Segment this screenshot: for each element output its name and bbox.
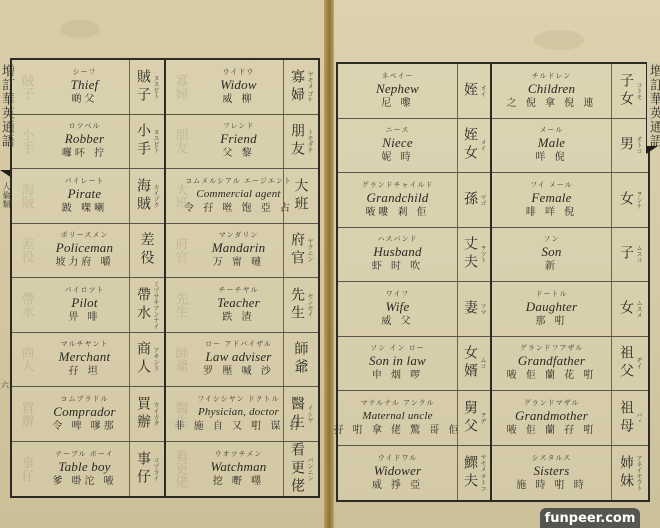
english-word: Physician, doctor [198, 404, 279, 420]
english-word: Daughter [526, 299, 577, 315]
kanji-term: 姪女 [462, 127, 478, 163]
furigana-gloss: ヤクニン [306, 238, 313, 262]
kanji-cell: 賊子 ヌスビト [130, 60, 164, 114]
kanji-cell: 商人 アキンド [130, 333, 164, 387]
furigana-gloss: ムスコ [635, 245, 642, 263]
vocab-entry-row: 看更佬 ウオツチメン Watchman 挖 嘢 嚜 看更佬 バンニン [166, 442, 318, 497]
chinese-transliteration: 那 咑 [535, 315, 567, 328]
bleed-through-text: 海賊 [12, 169, 40, 223]
english-word: Friend [220, 131, 257, 147]
english-entry-cell: マルチヤント Merchant 孖 坦 [40, 333, 130, 387]
kanji-cell: 丈夫 ヲツト [458, 228, 490, 282]
kanji-cell: 祖父 ヂイ [612, 337, 648, 391]
vocab-entry-row: 男 メール Male 咩 倪 男 オトコ [492, 119, 648, 174]
kanji-cell: 男 オトコ [612, 119, 648, 173]
english-entry-cell: シーフ Thief 啲父 [40, 60, 130, 114]
kanji-term: 師爺 [293, 341, 309, 377]
katakana-pronunciation: ワイフ [386, 290, 410, 299]
furigana-gloss: ヲヂ [479, 412, 486, 424]
english-word: Husband [373, 244, 421, 260]
kanji-term: 看更佬 [289, 442, 305, 496]
katakana-pronunciation: シスタルス [532, 454, 572, 463]
english-word: Table boy [58, 459, 110, 475]
kanji-term: 寡婦 [289, 69, 305, 105]
katakana-pronunciation: グランドチャイルド [362, 181, 434, 190]
vocab-entry-row: 女 ドートル Daughter 那 咑 女 ムスメ [492, 282, 648, 337]
katakana-pronunciation: ドートル [536, 290, 568, 299]
vocab-entry-row: 孫 グランドチャイルド Grandchild 㖡嘍 剎 佢 孫 マゴ [338, 173, 490, 228]
chinese-transliteration: 㖡 佢 蘭 花 咑 [507, 369, 597, 382]
english-word: Mandarin [212, 240, 266, 256]
english-word: Comprador [53, 404, 115, 420]
kanji-term: 賊子 [135, 69, 151, 105]
katakana-pronunciation: ソン イン ロー [370, 344, 424, 353]
vocab-entry-row: 賊子 シーフ Thief 啲父 賊子 ヌスビト [12, 60, 164, 115]
furigana-gloss: バヾ [635, 412, 642, 424]
kanji-cell: 海賊 カイゾク [130, 169, 164, 223]
english-entry-cell: グランドチャイルド Grandchild 㖡嘍 剎 佢 [338, 173, 458, 227]
kanji-term: 朋友 [289, 123, 305, 159]
kanji-term: 女 [618, 300, 634, 318]
kanji-term: 子 [618, 245, 634, 263]
chinese-transliteration: 㖡 佢 蘭 孖 咑 [507, 424, 597, 437]
kanji-term: 姉妹 [618, 455, 634, 491]
kanji-cell: 姪 オイ [458, 64, 490, 118]
bleed-through-text: 朋友 [166, 115, 194, 169]
katakana-pronunciation: パイレート [65, 177, 105, 186]
kanji-cell: 姉妹 アネイモウト [612, 446, 648, 501]
vocab-entry-row: 朋友 フレンド Friend 父 黎 朋友 トモダチ [166, 115, 318, 170]
english-entry-cell: グランドフアザル Grandfather 㖡 佢 蘭 花 咑 [492, 337, 612, 391]
furigana-gloss: オトコ [635, 136, 642, 154]
vocab-entry-row: 姉妹 シスタルス Sisters 施 時 咑 時 姉妹 アネイモウト [492, 446, 648, 501]
bleed-through-text: 寡婦 [166, 60, 194, 114]
furigana-gloss: メイ [479, 139, 486, 151]
english-entry-cell: ソン イン ロー Son in law 申 烟 啰 [338, 337, 458, 391]
english-word: Merchant [59, 349, 111, 365]
chinese-transliteration: 威 柳 [222, 93, 254, 106]
kanji-term: 舅父 [462, 400, 478, 436]
vocab-entry-row: 姪女 ニース Niece 妮 時 姪女 メイ [338, 119, 490, 174]
furigana-gloss: ウイカタ [152, 402, 159, 426]
margin-title-right: 増訂華英通語 [646, 62, 660, 150]
vocab-entry-row: 師爺 ロー アドバイザル Law adviser 罗 壓 喊 沙 師爺 [166, 333, 318, 388]
english-entry-cell: シスタルス Sisters 施 時 咑 時 [492, 446, 612, 501]
chinese-transliteration: 申 烟 啰 [372, 369, 423, 382]
kanji-cell: 祖母 バヾ [612, 391, 648, 445]
katakana-pronunciation: シーフ [73, 68, 97, 77]
vocab-entry-row: 醫生 フイシシヤン ドクトル Physician, doctor 非 施 自 又… [166, 387, 318, 442]
kanji-term: 帶水 [135, 287, 151, 323]
katakana-pronunciation: マルチヤント [61, 340, 109, 349]
vocab-entry-row: 子 ソン Son 新 子 ムスコ [492, 228, 648, 283]
furigana-gloss: ヲンナ [635, 191, 642, 209]
bleed-through-text: 賊子 [12, 60, 40, 114]
chinese-transliteration: 跌 渣 [222, 311, 254, 324]
kanji-cell: 妻 ツマ [458, 282, 490, 336]
chinese-transliteration: 跛 㗎喇 [62, 202, 107, 215]
furigana-gloss: ヌスビト [152, 129, 159, 153]
furigana-gloss: ヌスビト [152, 75, 159, 99]
vocabulary-table-right: 姪 ネペイー Nephew 尼 嚟 姪 オイ 姪女 ニース Niece 妮 時 … [336, 62, 650, 502]
english-word: Commercial agent [196, 186, 280, 202]
katakana-pronunciation: ニース [386, 126, 410, 135]
kanji-cell: 大班 [284, 169, 318, 223]
kanji-term: 子女 [618, 73, 634, 109]
chinese-transliteration: 令 孖 咝 饱 亞 占 [184, 202, 293, 215]
kanji-term: 差役 [139, 232, 155, 268]
katakana-pronunciation: グランドマザル [524, 399, 580, 408]
english-entry-cell: ウオツチメン Watchman 挖 嘢 嚜 [194, 442, 284, 497]
katakana-pronunciation: チーチヤル [219, 286, 259, 295]
kanji-term: 妻 [462, 300, 478, 318]
chinese-transliteration: 新 [545, 260, 558, 273]
chinese-transliteration: 啡 咩 倪 [526, 206, 577, 219]
kanji-cell: 女 ムスメ [612, 282, 648, 336]
english-entry-cell: ウイドウ Widow 威 柳 [194, 60, 284, 114]
english-word: Nephew [376, 81, 419, 97]
chinese-transliteration: 妮 時 [381, 151, 413, 164]
english-entry-cell: コムメルシアル エージエント Commercial agent 令 孖 咝 饱 … [194, 169, 284, 223]
vocab-entry-row: 小手 ロツベル Robber 囉吥 拧 小手 ヌスビト [12, 115, 164, 170]
furigana-gloss: オイ [479, 85, 486, 97]
vocab-entry-row: 事仔 テーブル ボーイ Table boy 爹 啩沱 㖡 事仔 コヅカイ [12, 442, 164, 497]
furigana-gloss: バンニン [306, 457, 313, 481]
katakana-pronunciation: ウイドワル [378, 454, 418, 463]
paper-stain [60, 20, 100, 38]
furigana-gloss: トモダチ [306, 129, 313, 153]
kanji-cell: 子女 コドモ [612, 64, 648, 118]
vocab-entry-row: 祖父 グランドフアザル Grandfather 㖡 佢 蘭 花 咑 祖父 ヂイ [492, 337, 648, 392]
english-entry-cell: フレンド Friend 父 黎 [194, 115, 284, 169]
chinese-transliteration: 囉吥 拧 [62, 147, 107, 160]
kanji-cell: 府官 ヤクニン [284, 224, 318, 278]
vocab-entry-row: 女 フイ メール Female 啡 咩 倪 女 ヲンナ [492, 173, 648, 228]
bleed-through-text: 帶水 [12, 278, 40, 332]
chinese-transliteration: 万 甯 嗹 [213, 256, 264, 269]
katakana-pronunciation: グランドフアザル [520, 344, 583, 353]
chinese-transliteration: 挖 嘢 嚜 [213, 475, 264, 488]
english-word: Niece [382, 135, 413, 151]
kanji-term: 孫 [462, 191, 478, 209]
katakana-pronunciation: テーブル ボーイ [55, 450, 114, 459]
english-word: Son [541, 244, 561, 260]
english-entry-cell: フイ メール Female 啡 咩 倪 [492, 173, 612, 227]
furigana-gloss: ヲツト [479, 245, 486, 263]
kanji-term: 男 [618, 136, 634, 154]
kanji-term: 商人 [135, 341, 151, 377]
vocab-column: 姪 ネペイー Nephew 尼 嚟 姪 オイ 姪女 ニース Niece 妮 時 … [338, 64, 490, 500]
bleed-through-text: 府官 [166, 224, 194, 278]
english-entry-cell: ウイドワル Widower 威 掙 亞 [338, 446, 458, 501]
bleed-through-text: 師爺 [166, 333, 194, 387]
english-entry-cell: マテルナル アンクル Maternal uncle 孖 咑 拿 佬 驚 哥 佢 [338, 391, 458, 445]
kanji-cell: 小手 ヌスビト [130, 115, 164, 169]
english-word: Policeman [56, 240, 113, 256]
katakana-pronunciation: フイシシヤン ドクトル [197, 395, 279, 404]
chinese-transliteration: 坡力府 嚼 [55, 256, 113, 269]
vocab-entry-row: 祖母 グランドマザル Grandmother 㖡 佢 蘭 孖 咑 祖母 バヾ [492, 391, 648, 446]
english-entry-cell: ネペイー Nephew 尼 嚟 [338, 64, 458, 118]
vocab-entry-row: 府官 マンダリン Mandarin 万 甯 嗹 府官 ヤクニン [166, 224, 318, 279]
english-word: Male [538, 135, 566, 151]
vocab-entry-row: 女婿 ソン イン ロー Son in law 申 烟 啰 女婿 ムコ [338, 337, 490, 392]
kanji-term: 醫生 [289, 396, 305, 432]
furigana-gloss: ヤモメ ヲトコ [479, 454, 486, 492]
english-word: Son in law [369, 353, 426, 369]
english-entry-cell: メール Male 咩 倪 [492, 119, 612, 173]
english-word: Teacher [217, 295, 260, 311]
english-entry-cell: パイレート Pirate 跛 㗎喇 [40, 169, 130, 223]
margin-tab-marker [646, 146, 658, 154]
kanji-cell: 女婿 ムコ [458, 337, 490, 391]
english-entry-cell: テーブル ボーイ Table boy 爹 啩沱 㖡 [40, 442, 130, 497]
right-page: 姪 ネペイー Nephew 尼 嚟 姪 オイ 姪女 ニース Niece 妮 時 … [334, 0, 660, 528]
kanji-term: 海賊 [135, 178, 151, 214]
katakana-pronunciation: ロツベル [69, 122, 101, 131]
chinese-transliteration: 威 掙 亞 [372, 479, 423, 492]
bleed-through-text: 買辦 [12, 387, 40, 441]
katakana-pronunciation: コムメルシアル エージエント [185, 177, 292, 186]
kanji-cell: 先生 センセイ [284, 278, 318, 332]
english-entry-cell: ニース Niece 妮 時 [338, 119, 458, 173]
chinese-transliteration: 孖 咑 拿 佬 驚 哥 佢 [333, 424, 461, 437]
furigana-gloss: ムコ [479, 357, 486, 369]
katakana-pronunciation: パイロツト [65, 286, 105, 295]
chinese-transliteration: 畀 啡 [68, 311, 100, 324]
vocab-column: 賊子 シーフ Thief 啲父 賊子 ヌスビト 小手 ロツベル Robber 囉… [12, 60, 164, 496]
english-word: Pilot [71, 295, 97, 311]
english-word: Robber [65, 131, 104, 147]
left-page: 増訂華英通語 人倫類 六 賊子 シーフ Thief 啲父 賊子 ヌスビト 小手 … [0, 0, 326, 528]
english-entry-cell: グランドマザル Grandmother 㖡 佢 蘭 孖 咑 [492, 391, 612, 445]
english-word: Watchman [210, 459, 266, 475]
kanji-term: 女 [618, 191, 634, 209]
katakana-pronunciation: マンダリン [219, 231, 259, 240]
chinese-transliteration: 尼 嚟 [381, 97, 413, 110]
vocab-entry-row: 妻 ワイフ Wife 威 父 妻 ツマ [338, 282, 490, 337]
kanji-cell: 朋友 トモダチ [284, 115, 318, 169]
katakana-pronunciation: フイ メール [530, 181, 572, 190]
katakana-pronunciation: メール [540, 126, 564, 135]
chinese-transliteration: 之 倪 拿 倪 連 [507, 97, 597, 110]
furigana-gloss: ヤモメ ゴケ [306, 71, 313, 103]
vocab-entry-row: 海賊 パイレート Pirate 跛 㗎喇 海賊 カイゾク [12, 169, 164, 224]
english-entry-cell: チルドレン Children 之 倪 拿 倪 連 [492, 64, 612, 118]
vocab-entry-row: 丈夫 ハスバンド Husband 虾 时 吹 丈夫 ヲツト [338, 228, 490, 283]
kanji-cell: 帶水 ミヅサキアンナイ [130, 278, 164, 332]
kanji-cell: 差役 [130, 224, 164, 278]
chinese-transliteration: 咩 倪 [535, 151, 567, 164]
katakana-pronunciation: マテルナル アンクル [361, 399, 435, 408]
furigana-gloss: カイゾク [152, 184, 159, 208]
furigana-gloss: マゴ [479, 194, 486, 206]
bleed-through-text: 先生 [166, 278, 194, 332]
kanji-term: 祖母 [618, 400, 634, 436]
vocab-entry-row: 帶水 パイロツト Pilot 畀 啡 帶水 ミヅサキアンナイ [12, 278, 164, 333]
kanji-cell: 寡婦 ヤモメ ゴケ [284, 60, 318, 114]
english-entry-cell: ワイフ Wife 威 父 [338, 282, 458, 336]
english-word: Law adviser [205, 349, 271, 365]
chinese-transliteration: 爹 啩沱 㖡 [52, 475, 116, 488]
kanji-term: 先生 [289, 287, 305, 323]
english-word: Grandmother [515, 408, 588, 424]
english-entry-cell: マンダリン Mandarin 万 甯 嗹 [194, 224, 284, 278]
katakana-pronunciation: ロー アドバイザル [205, 340, 272, 349]
kanji-cell: 舅父 ヲヂ [458, 391, 490, 445]
vocab-entry-row: 子女 チルドレン Children 之 倪 拿 倪 連 子女 コドモ [492, 64, 648, 119]
bleed-through-text: 看更佬 [166, 442, 194, 497]
chinese-transliteration: 虾 时 吹 [372, 260, 423, 273]
english-word: Grandchild [367, 190, 429, 206]
kanji-cell: 醫生 イシヤ [284, 387, 318, 441]
furigana-gloss: コヅカイ [152, 457, 159, 481]
chinese-transliteration: 啲父 [72, 93, 98, 106]
katakana-pronunciation: ソン [544, 235, 560, 244]
vocab-entry-row: 寡婦 ウイドウ Widow 威 柳 寡婦 ヤモメ ゴケ [166, 60, 318, 115]
chinese-transliteration: 父 黎 [222, 147, 254, 160]
english-word: Children [528, 81, 575, 97]
bleed-through-text: 小手 [12, 115, 40, 169]
chinese-transliteration: 令 啤 嗲那 [52, 420, 116, 433]
english-entry-cell: ソン Son 新 [492, 228, 612, 282]
katakana-pronunciation: チルドレン [532, 72, 571, 81]
english-word: Widower [374, 463, 422, 479]
katakana-pronunciation: ウイドウ [223, 68, 255, 77]
kanji-cell: 女 ヲンナ [612, 173, 648, 227]
furigana-gloss: アネイモウト [635, 455, 642, 491]
english-entry-cell: ドートル Daughter 那 咑 [492, 282, 612, 336]
katakana-pronunciation: コムプラドル [61, 395, 109, 404]
english-word: Maternal uncle [362, 408, 432, 424]
watermark: funpeer.com [540, 508, 640, 528]
paper-stain [534, 30, 584, 50]
kanji-cell: 孫 マゴ [458, 173, 490, 227]
kanji-term: 府官 [289, 232, 305, 268]
furigana-gloss: ヂイ [635, 357, 642, 369]
katakana-pronunciation: ネペイー [382, 72, 414, 81]
kanji-term: 事仔 [135, 451, 151, 487]
kanji-cell: 師爺 [284, 333, 318, 387]
kanji-term: 鰥夫 [462, 455, 478, 491]
english-entry-cell: パイロツト Pilot 畀 啡 [40, 278, 130, 332]
vocab-entry-row: 舅父 マテルナル アンクル Maternal uncle 孖 咑 拿 佬 驚 哥… [338, 391, 490, 446]
english-entry-cell: ポリースメン Policeman 坡力府 嚼 [40, 224, 130, 278]
katakana-pronunciation: フレンド [223, 122, 255, 131]
vocab-column: 子女 チルドレン Children 之 倪 拿 倪 連 子女 コドモ 男 メール… [492, 64, 648, 500]
english-entry-cell: フイシシヤン ドクトル Physician, doctor 非 施 自 又 咑 … [194, 387, 284, 441]
chinese-transliteration: 罗 壓 喊 沙 [203, 365, 274, 378]
english-word: Wife [386, 299, 410, 315]
vocabulary-table-left: 賊子 シーフ Thief 啲父 賊子 ヌスビト 小手 ロツベル Robber 囉… [10, 58, 320, 498]
folio-number: 六 [1, 380, 9, 391]
chinese-transliteration: 威 父 [381, 315, 413, 328]
kanji-cell: 姪女 メイ [458, 119, 490, 173]
english-entry-cell: コムプラドル Comprador 令 啤 嗲那 [40, 387, 130, 441]
vocab-entry-row: 買辦 コムプラドル Comprador 令 啤 嗲那 買辦 ウイカタ [12, 387, 164, 442]
english-word: Sisters [533, 463, 569, 479]
kanji-term: 姪 [462, 82, 478, 100]
vocab-entry-row: 大班 コムメルシアル エージエント Commercial agent 令 孖 咝… [166, 169, 318, 224]
vocab-entry-row: 先生 チーチヤル Teacher 跌 渣 先生 センセイ [166, 278, 318, 333]
kanji-term: 小手 [135, 123, 151, 159]
english-word: Female [531, 190, 571, 206]
english-entry-cell: ハスバンド Husband 虾 时 吹 [338, 228, 458, 282]
furigana-gloss: ミヅサキアンナイ [152, 281, 159, 329]
vocab-entry-row: 姪 ネペイー Nephew 尼 嚟 姪 オイ [338, 64, 490, 119]
kanji-cell: 子 ムスコ [612, 228, 648, 282]
english-word: Thief [71, 77, 99, 93]
furigana-gloss: ツマ [479, 303, 486, 315]
katakana-pronunciation: ウオツチメン [215, 450, 263, 459]
furigana-gloss: コドモ [635, 82, 642, 100]
kanji-term: 大班 [293, 178, 309, 214]
english-entry-cell: ロツベル Robber 囉吥 拧 [40, 115, 130, 169]
kanji-term: 女婿 [462, 345, 478, 381]
chinese-transliteration: 㖡嘍 剎 佢 [365, 206, 429, 219]
vocab-column: 寡婦 ウイドウ Widow 威 柳 寡婦 ヤモメ ゴケ 朋友 フレンド Frie… [166, 60, 318, 496]
english-word: Widow [220, 77, 256, 93]
katakana-pronunciation: ポリースメン [61, 231, 109, 240]
chinese-transliteration: 孖 坦 [68, 365, 100, 378]
bleed-through-text: 商人 [12, 333, 40, 387]
furigana-gloss: アキンド [152, 347, 159, 371]
furigana-gloss: イシヤ [306, 405, 313, 423]
english-entry-cell: ロー アドバイザル Law adviser 罗 壓 喊 沙 [194, 333, 284, 387]
kanji-cell: 買辦 ウイカタ [130, 387, 164, 441]
kanji-term: 祖父 [618, 345, 634, 381]
furigana-gloss: ムスメ [635, 300, 642, 318]
chinese-transliteration: 施 時 咑 時 [516, 479, 587, 492]
katakana-pronunciation: ハスバンド [378, 235, 418, 244]
vocab-entry-row: 鰥夫 ウイドワル Widower 威 掙 亞 鰥夫 ヤモメ ヲトコ [338, 446, 490, 501]
kanji-term: 丈夫 [462, 236, 478, 272]
vocab-entry-row: 差役 ポリースメン Policeman 坡力府 嚼 差役 [12, 224, 164, 279]
english-word: Grandfather [518, 353, 585, 369]
kanji-cell: 看更佬 バンニン [284, 442, 318, 497]
bleed-through-text: 事仔 [12, 442, 40, 497]
kanji-cell: 鰥夫 ヤモメ ヲトコ [458, 446, 490, 501]
kanji-term: 買辦 [135, 396, 151, 432]
vocab-entry-row: 商人 マルチヤント Merchant 孖 坦 商人 アキンド [12, 333, 164, 388]
english-entry-cell: チーチヤル Teacher 跌 渣 [194, 278, 284, 332]
kanji-cell: 事仔 コヅカイ [130, 442, 164, 497]
furigana-gloss: センセイ [306, 293, 313, 317]
bleed-through-text: 差役 [12, 224, 40, 278]
english-word: Pirate [68, 186, 102, 202]
